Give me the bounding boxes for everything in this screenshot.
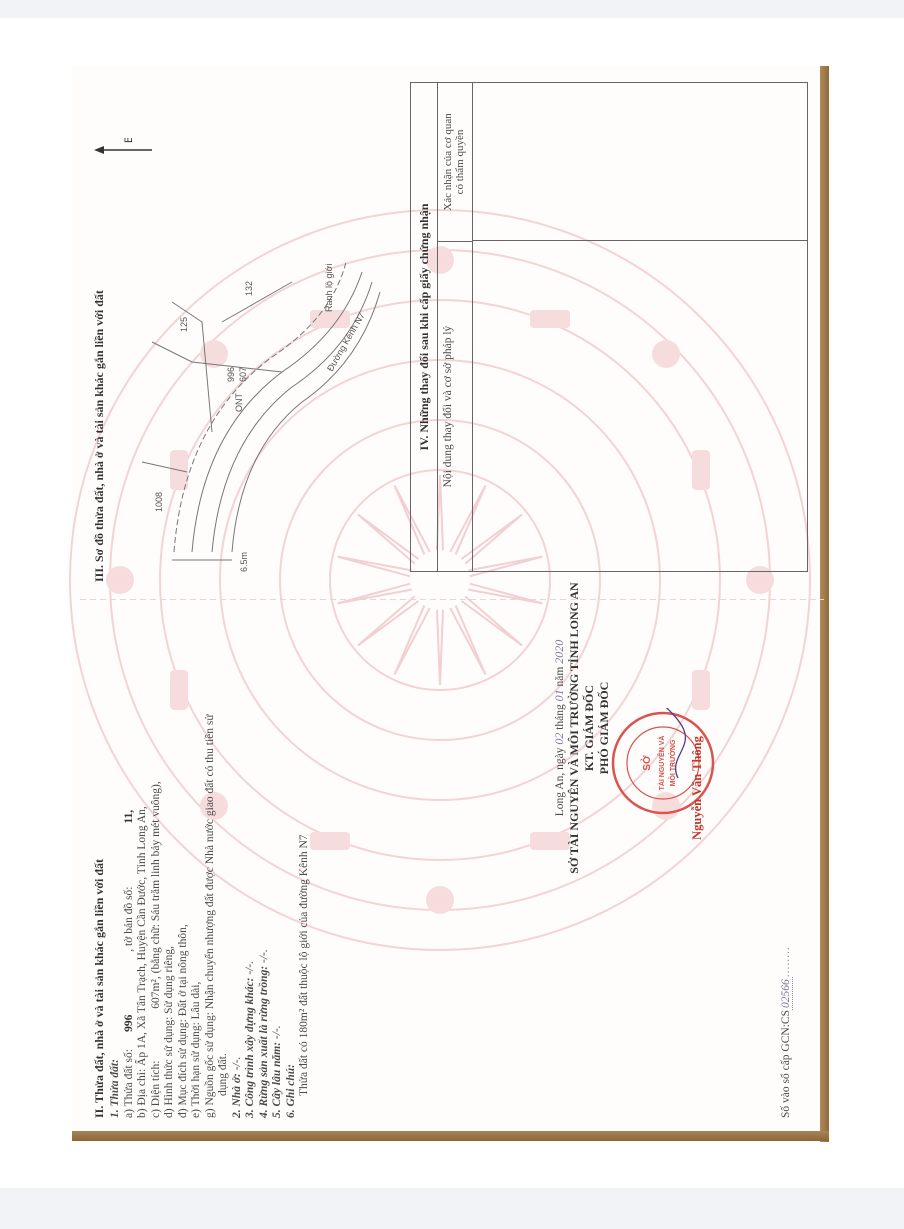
area-label: c) Diện tích: — [150, 1061, 162, 1118]
usage-purpose: đ) Mục đích sử dụng: Đất ở tại nông thôn… — [177, 598, 191, 1118]
register-number: Số vào sổ cấp GCN:CS02566........ — [780, 946, 792, 1118]
col-change-content: Nội dung thay đổi và cơ sở pháp lý — [438, 241, 472, 571]
svg-text:125: 125 — [179, 317, 189, 332]
notes-text: Thửa đất có 180m² đất thuộc lộ giới của … — [298, 598, 312, 1118]
svg-text:6.5m: 6.5m — [239, 552, 249, 572]
viewer-bottom-bar — [0, 1188, 904, 1229]
svg-text:607: 607 — [238, 367, 248, 382]
section-2-title: II. Thửa đất, nhà ở và tài sản khác gắn … — [92, 598, 107, 1118]
section-4-title: IV. Những thay đổi sau khi cấp giấy chứn… — [411, 83, 438, 571]
changes-table-body — [473, 83, 807, 571]
land-certificate-page: II. Thửa đất, nhà ở và tài sản khác gắn … — [80, 70, 824, 1130]
svg-text:MÔI TRƯỜNG: MÔI TRƯỜNG — [668, 739, 677, 786]
viewer-top-bar — [0, 0, 904, 18]
parcel-diagram: 6.5m 1008 125 132 ONT 996 607 Đường Kênh… — [132, 252, 382, 572]
signature-block: Long An, ngày 02 tháng 01 năm 2020 SỞ TÀ… — [552, 548, 612, 908]
issue-date: Long An, ngày 02 tháng 01 năm 2020 — [552, 548, 567, 908]
issue-day: 02 — [552, 733, 566, 745]
change-content-cell — [473, 240, 807, 571]
issuing-agency: SỞ TÀI NGUYÊN VÀ MÔI TRƯỜNG TỈNH LONG AN — [567, 548, 582, 908]
changes-table-header: Nội dung thay đổi và cơ sở pháp lý Xác n… — [438, 83, 473, 571]
issue-year: 2020 — [552, 640, 566, 664]
perennial-line: 5. Cây lâu năm: -/-. — [271, 598, 285, 1118]
usage-term: e) Thời hạn sử dụng: Lâu dài, — [190, 598, 204, 1118]
parcel-label: a) Thửa đất số: — [123, 1049, 135, 1118]
parcel-number: 996 — [123, 1015, 135, 1032]
left-page: II. Thửa đất, nhà ở và tài sản khác gắn … — [92, 598, 812, 1118]
svg-text:SỞ: SỞ — [640, 755, 653, 771]
svg-text:Ranh lộ giới: Ranh lộ giới — [324, 264, 334, 312]
forest-line: 4. Rừng sản xuất là rừng trồng: -/-. — [258, 598, 272, 1118]
map-sheet-label: , tờ bản đồ số: — [123, 887, 135, 952]
svg-text:132: 132 — [244, 281, 254, 296]
parcel-line: a) Thửa đất số: 996 , tờ bản đồ số: 11, — [123, 598, 137, 1118]
usage-origin-cont: dụng đất. — [217, 598, 231, 1118]
changes-table: IV. Những thay đổi sau khi cấp giấy chứn… — [410, 82, 808, 572]
svg-text:996: 996 — [226, 367, 236, 382]
svg-text:TÀI NGUYÊN VÀ: TÀI NGUYÊN VÀ — [657, 736, 666, 791]
area-value: 607m², (bằng chữ: Sáu trăm linh bảy mét … — [150, 781, 162, 1009]
address: b) Địa chỉ: Ấp 1A, Xã Tân Trạch, Huyện C… — [136, 598, 150, 1118]
area-line: c) Diện tích: 607m², (bằng chữ: Sáu trăm… — [150, 598, 164, 1118]
svg-text:Đường Kênh N7: Đường Kênh N7 — [325, 311, 367, 373]
north-arrow-icon: B — [94, 138, 154, 162]
section-3-title: III. Sơ đồ thửa đất, nhà ở và tài sản kh… — [92, 290, 107, 582]
usage-form: d) Hình thức sử dụng: Sử dụng riêng, — [163, 598, 177, 1118]
signer-name: Nguyễn Văn Thông — [690, 698, 705, 878]
other-construction-line: 3. Công trình xây dựng khác: -/-. — [244, 598, 258, 1118]
on-behalf-of: KT. GIÁM ĐỐC — [582, 548, 597, 908]
house-line: 2. Nhà ở: -/-. — [231, 598, 245, 1118]
usage-origin: g) Nguồn gốc sử dụng: Nhận chuyển nhượng… — [204, 598, 218, 1118]
map-sheet-number: 11, — [123, 810, 135, 824]
land-heading: 1. Thửa đất: — [109, 598, 123, 1118]
svg-text:ONT: ONT — [234, 393, 244, 413]
issue-month: 01 — [552, 689, 566, 701]
authority-confirmation-cell — [473, 83, 807, 240]
svg-text:1008: 1008 — [154, 492, 164, 512]
col-authority-confirmation: Xác nhận của cơ quan có thẩm quyền — [438, 83, 472, 241]
right-page: III. Sơ đồ thửa đất, nhà ở và tài sản kh… — [92, 82, 812, 582]
scanner-edge-bottom — [72, 1131, 829, 1141]
svg-text:B: B — [123, 138, 135, 143]
notes-label: 6. Ghi chú: — [285, 598, 299, 1118]
